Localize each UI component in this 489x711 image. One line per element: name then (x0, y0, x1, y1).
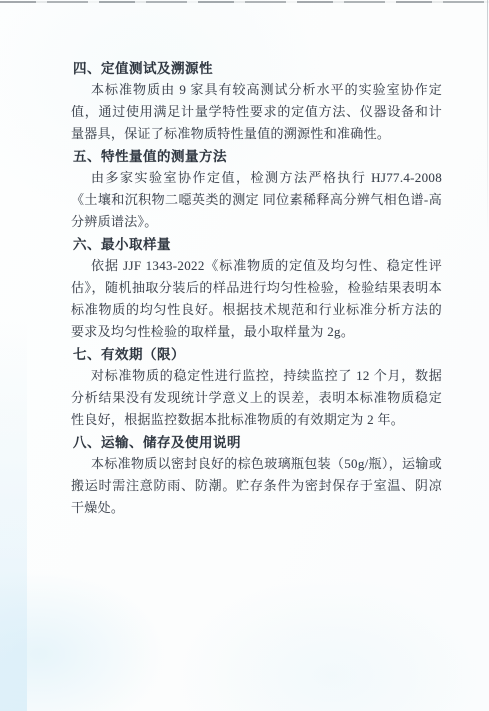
section-heading: 七、有效期（限） (71, 345, 442, 364)
scanned-page: 四、定值测试及溯源性 本标准物质由 9 家具有较高测试分析水平的实验室协作定值，… (0, 0, 489, 711)
section-4-traceability: 四、定值测试及溯源性 本标准物质由 9 家具有较高测试分析水平的实验室协作定值，… (71, 59, 442, 145)
section-heading: 五、特性量值的测量方法 (71, 147, 442, 166)
section-6-minimum-sample: 六、最小取样量 依据 JJF 1343-2022《标准物质的定值及均匀性、稳定性… (71, 235, 442, 343)
section-heading: 八、运输、储存及使用说明 (71, 433, 442, 452)
document-body: 四、定值测试及溯源性 本标准物质由 9 家具有较高测试分析水平的实验室协作定值，… (71, 57, 442, 520)
scan-left-tint (0, 321, 27, 711)
section-heading: 四、定值测试及溯源性 (71, 59, 442, 78)
section-paragraph: 由多家实验室协作定值，检测方法严格执行 HJ77.4-2008 《土壤和沉积物二… (71, 167, 442, 233)
section-5-measurement-method: 五、特性量值的测量方法 由多家实验室协作定值，检测方法严格执行 HJ77.4-2… (71, 147, 442, 233)
section-paragraph: 本标准物质由 9 家具有较高测试分析水平的实验室协作定值，通过使用满足计量学特性… (71, 79, 442, 145)
section-paragraph: 对标准物质的稳定性进行监控，持续监控了 12 个月，数据分析结果没有发现统计学意… (71, 365, 442, 431)
section-7-validity-period: 七、有效期（限） 对标准物质的稳定性进行监控，持续监控了 12 个月，数据分析结… (71, 345, 442, 431)
section-heading: 六、最小取样量 (71, 235, 442, 254)
section-paragraph: 本标准物质以密封良好的棕色玻璃瓶包装（50g/瓶），运输或搬运时需注意防雨、防潮… (71, 453, 442, 519)
section-8-transport-storage: 八、运输、储存及使用说明 本标准物质以密封良好的棕色玻璃瓶包装（50g/瓶），运… (71, 433, 442, 519)
scan-top-edge (0, 1, 489, 3)
scan-right-edge (487, 0, 488, 235)
section-paragraph: 依据 JJF 1343-2022《标准物质的定值及均匀性、稳定性评估》，随机抽取… (71, 255, 442, 343)
